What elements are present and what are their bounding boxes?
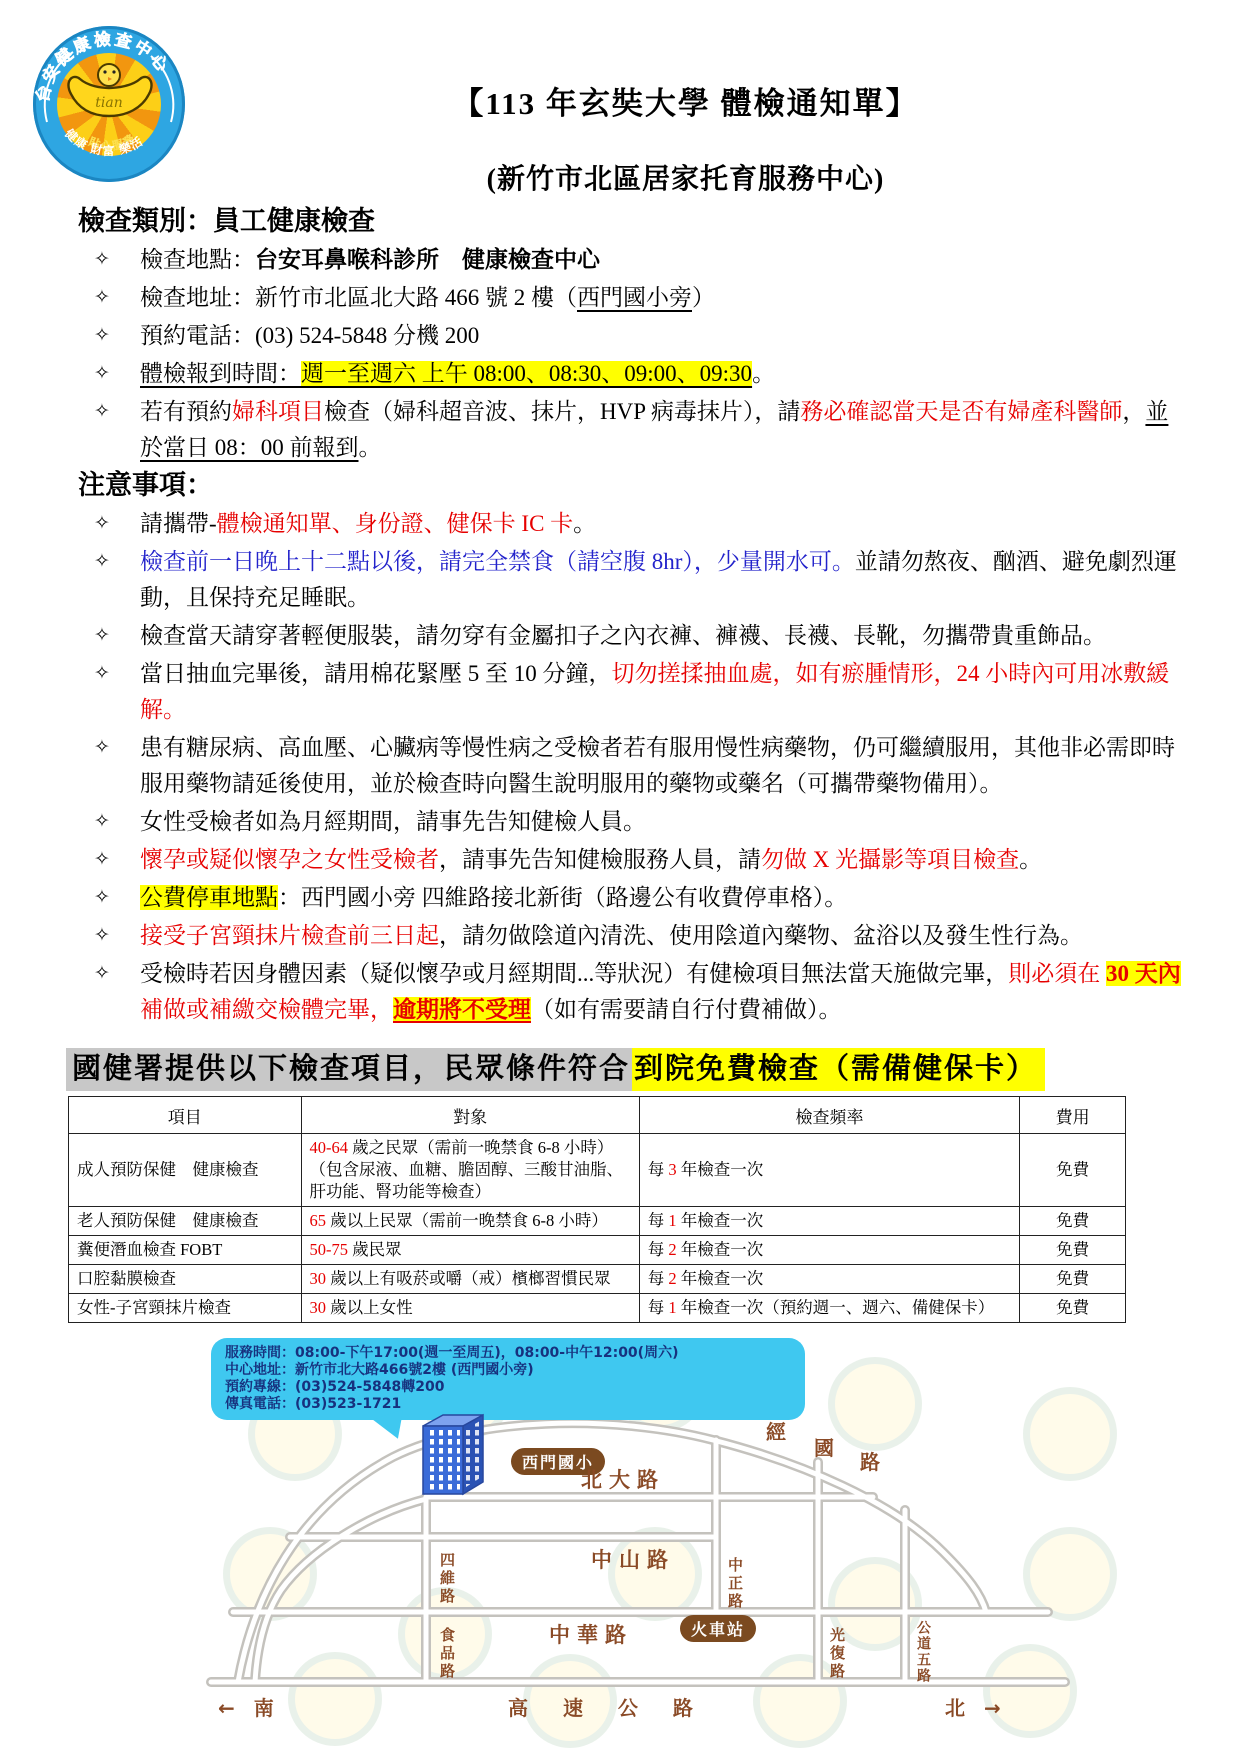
bullet-text: 體檢報到時間：週一至週六 上午 08:00、08:30、09:00、09:30。: [140, 356, 1184, 392]
bullet-text: 檢查前一日晚上十二點以後，請完全禁食（請空腹 8hr），少量開水可。並請勿熬夜、…: [140, 544, 1184, 616]
cell-target: 50-75 歲民眾: [301, 1236, 639, 1265]
col-header-target: 對象: [301, 1097, 639, 1134]
col-header-item: 項目: [69, 1097, 302, 1134]
cell-target: 30 歲以上有吸菸或嚼（戒）檳榔習慣民眾: [301, 1265, 639, 1294]
road-label-beida: 北大路: [581, 1464, 665, 1494]
diamond-bullet-icon: ✧: [68, 804, 140, 840]
diamond-bullet-icon: ✧: [68, 318, 140, 354]
diamond-bullet-icon: ✧: [68, 242, 140, 278]
bullet-item: ✧檢查地點：台安耳鼻喉科診所 健康檢查中心: [68, 242, 1184, 278]
cell-item: 女性-子宮頸抹片檢查: [69, 1294, 302, 1323]
cell-target: 40-64 歲之民眾（需前一晚禁食 6-8 小時）（包含尿液、血糖、膽固醇、三酸…: [301, 1134, 639, 1207]
free-checkup-banner: 國健署提供以下檢查項目，民眾條件符合到院免費檢查（需備健保卡）: [66, 1046, 1045, 1087]
bullet-item: ✧體檢報到時間：週一至週六 上午 08:00、08:30、09:00、09:30…: [68, 356, 1184, 392]
cell-fee: 免費: [1020, 1236, 1126, 1265]
table-row: 成人預防保健 健康檢查40-64 歲之民眾（需前一晚禁食 6-8 小時）（包含尿…: [69, 1134, 1126, 1207]
road-label-zhonghua: 中華路: [549, 1619, 633, 1649]
exam-info-list: ✧檢查地點：台安耳鼻喉科診所 健康檢查中心✧檢查地址：新竹市北區北大路 466 …: [68, 242, 1184, 466]
col-header-fee: 費用: [1020, 1097, 1126, 1134]
bullet-item: ✧接受子宮頸抹片檢查前三日起，請勿做陰道內清洗、使用陰道內藥物、盆浴以及發生性行…: [68, 918, 1184, 954]
road-label-shipin: 食品路: [437, 1627, 458, 1681]
diamond-bullet-icon: ✧: [68, 356, 140, 392]
bullet-text: 當日抽血完畢後，請用棉花緊壓 5 至 10 分鐘，切勿搓揉抽血處，如有瘀腫情形，…: [140, 656, 1184, 728]
diamond-bullet-icon: ✧: [68, 544, 140, 616]
bullet-item: ✧檢查前一日晚上十二點以後，請完全禁食（請空腹 8hr），少量開水可。並請勿熬夜…: [68, 544, 1184, 616]
road-label-guangfu: 光復路: [827, 1627, 848, 1681]
location-map: 服務時間：08:00-下午17:00(週一至周五)，08:00-中午12:00(…: [193, 1332, 1093, 1732]
center-address: 中心地址：新竹市北大路466號2樓 (西門國小旁): [225, 1362, 793, 1379]
cell-fee: 免費: [1020, 1294, 1126, 1323]
cell-item: 口腔黏膜檢查: [69, 1265, 302, 1294]
diamond-bullet-icon: ✧: [68, 280, 140, 316]
road-label-highway: 高 速 公 路: [508, 1692, 707, 1721]
cell-frequency: 每 2 年檢查一次: [639, 1265, 1020, 1294]
bullet-text: 檢查地點：台安耳鼻喉科診所 健康檢查中心: [140, 242, 1184, 278]
cell-frequency: 每 2 年檢查一次: [639, 1236, 1020, 1265]
bullet-item: ✧懷孕或疑似懷孕之女性受檢者，請事先告知健檢服務人員，請勿做 X 光攝影等項目檢…: [68, 842, 1184, 878]
road-label-zhongzheng: 中正路: [725, 1557, 746, 1611]
compass-north: 北 →: [945, 1692, 1007, 1721]
bullet-text: 受檢時若因身體因素（疑似懷孕或月經期間...等狀況）有健檢項目無法當天施做完畢，…: [140, 956, 1184, 1028]
bullet-text: 若有預約婦科項目檢查（婦科超音波、抹片，HVP 病毒抹片），請務必確認當天是否有…: [140, 394, 1184, 466]
service-hours: 服務時間：08:00-下午17:00(週一至周五)，08:00-中午12:00(…: [225, 1345, 793, 1362]
diamond-bullet-icon: ✧: [68, 730, 140, 802]
cell-frequency: 每 1 年檢查一次（預約週一、週六、備健保卡）: [639, 1294, 1020, 1323]
bullet-text: 接受子宮頸抹片檢查前三日起，請勿做陰道內清洗、使用陰道內藥物、盆浴以及發生性行為…: [140, 918, 1184, 954]
page-title: 【113 年玄奘大學 體檢通知單】: [130, 78, 1241, 123]
diamond-bullet-icon: ✧: [68, 618, 140, 654]
road-label-jingguo-char1: 經: [766, 1416, 786, 1445]
diamond-bullet-icon: ✧: [68, 656, 140, 728]
screening-table: 項目 對象 檢查頻率 費用 成人預防保健 健康檢查40-64 歲之民眾（需前一晚…: [68, 1096, 1126, 1323]
cell-frequency: 每 1 年檢查一次: [639, 1207, 1020, 1236]
diamond-bullet-icon: ✧: [68, 956, 140, 1028]
road-label-siwei: 四維路: [437, 1552, 458, 1606]
table-row: 老人預防保健 健康檢查65 歲以上民眾（需前一晚禁食 6-8 小時）每 1 年檢…: [69, 1207, 1126, 1236]
bullet-text: 公費停車地點：西門國小旁 四維路接北新街（路邊公有收費停車格）。: [140, 880, 1184, 916]
service-info-box: 服務時間：08:00-下午17:00(週一至周五)，08:00-中午12:00(…: [211, 1338, 805, 1420]
diamond-bullet-icon: ✧: [68, 880, 140, 916]
diamond-bullet-icon: ✧: [68, 394, 140, 466]
cell-target: 30 歲以上女性: [301, 1294, 639, 1323]
bullet-text: 請攜帶-體檢通知單、身份證、健保卡 IC 卡。: [140, 506, 1184, 542]
page-subtitle: (新竹市北區居家托育服務中心): [130, 157, 1241, 197]
col-header-frequency: 檢查頻率: [639, 1097, 1020, 1134]
banner-yellow-part: 到院免費檢查（需備健保卡）: [632, 1048, 1045, 1091]
bullet-item: ✧若有預約婦科項目檢查（婦科超音波、抹片，HVP 病毒抹片），請務必確認當天是否…: [68, 394, 1184, 466]
table-header-row: 項目 對象 檢查頻率 費用: [69, 1097, 1126, 1134]
bullet-item: ✧當日抽血完畢後，請用棉花緊壓 5 至 10 分鐘，切勿搓揉抽血處，如有瘀腫情形…: [68, 656, 1184, 728]
table-row: 糞便潛血檢查 FOBT50-75 歲民眾每 2 年檢查一次免費: [69, 1236, 1126, 1265]
bullet-text: 懷孕或疑似懷孕之女性受檢者，請事先告知健檢服務人員，請勿做 X 光攝影等項目檢查…: [140, 842, 1184, 878]
bullet-text: 檢查地址：新竹市北區北大路 466 號 2 樓（西門國小旁）: [140, 280, 1184, 316]
section-heading-exam-type: 檢查類別：員工健康檢查: [78, 204, 1184, 238]
title-block: 【113 年玄奘大學 體檢通知單】 (新竹市北區居家托育服務中心): [130, 78, 1241, 197]
bullet-item: ✧檢查地址：新竹市北區北大路 466 號 2 樓（西門國小旁）: [68, 280, 1184, 316]
bullet-text: 患有糖尿病、高血壓、心臟病等慢性病之受檢者若有服用慢性病藥物，仍可繼續服用，其他…: [140, 730, 1184, 802]
table-row: 口腔黏膜檢查30 歲以上有吸菸或嚼（戒）檳榔習慣民眾每 2 年檢查一次免費: [69, 1265, 1126, 1294]
train-station-badge: 火車站: [680, 1615, 756, 1642]
building-icon: [421, 1412, 491, 1496]
notice-body: 檢查類別：員工健康檢查 ✧檢查地點：台安耳鼻喉科診所 健康檢查中心✧檢查地址：新…: [68, 202, 1184, 1048]
compass-south: ← 南: [218, 1692, 280, 1721]
bullet-item: ✧公費停車地點：西門國小旁 四維路接北新街（路邊公有收費停車格）。: [68, 880, 1184, 916]
cell-fee: 免費: [1020, 1134, 1126, 1207]
notes-list: ✧請攜帶-體檢通知單、身份證、健保卡 IC 卡。✧檢查前一日晚上十二點以後，請完…: [68, 506, 1184, 1028]
bullet-item: ✧檢查當天請穿著輕便服裝，請勿穿有金屬扣子之內衣褲、褲襪、長襪、長靴，勿攜帶貴重…: [68, 618, 1184, 654]
logo-ingot-text: tian: [95, 95, 122, 111]
cell-fee: 免費: [1020, 1265, 1126, 1294]
bullet-item: ✧患有糖尿病、高血壓、心臟病等慢性病之受檢者若有服用慢性病藥物，仍可繼續服用，其…: [68, 730, 1184, 802]
cell-item: 老人預防保健 健康檢查: [69, 1207, 302, 1236]
bullet-item: ✧受檢時若因身體因素（疑似懷孕或月經期間...等狀況）有健檢項目無法當天施做完畢…: [68, 956, 1184, 1028]
section-heading-notes: 注意事項：: [78, 468, 1184, 502]
diamond-bullet-icon: ✧: [68, 506, 140, 542]
cell-target: 65 歲以上民眾（需前一晚禁食 6-8 小時）: [301, 1207, 639, 1236]
cell-item: 成人預防保健 健康檢查: [69, 1134, 302, 1207]
fax-number: 傳真電話：(03)523-1721: [225, 1396, 793, 1413]
diamond-bullet-icon: ✧: [68, 918, 140, 954]
cell-fee: 免費: [1020, 1207, 1126, 1236]
booking-line: 預約專線：(03)524-5848轉200: [225, 1379, 793, 1396]
road-label-jingguo-char3: 路: [860, 1446, 880, 1475]
cell-item: 糞便潛血檢查 FOBT: [69, 1236, 302, 1265]
bullet-item: ✧女性受檢者如為月經期間，請事先告知健檢人員。: [68, 804, 1184, 840]
bullet-item: ✧預約電話：(03) 524-5848 分機 200: [68, 318, 1184, 354]
document-page: tian 台安健康檢查中心 貼心服務 健康 財富 樂活 【113 年玄奘大學 體…: [0, 0, 1241, 1755]
bullet-text: 預約電話：(03) 524-5848 分機 200: [140, 318, 1184, 354]
bullet-text: 檢查當天請穿著輕便服裝，請勿穿有金屬扣子之內衣褲、褲襪、長襪、長靴，勿攜帶貴重飾…: [140, 618, 1184, 654]
bullet-item: ✧請攜帶-體檢通知單、身份證、健保卡 IC 卡。: [68, 506, 1184, 542]
banner-gray-part: 國健署提供以下檢查項目，民眾條件符合: [66, 1048, 632, 1091]
table-row: 女性-子宮頸抹片檢查30 歲以上女性每 1 年檢查一次（預約週一、週六、備健保卡…: [69, 1294, 1126, 1323]
cell-frequency: 每 3 年檢查一次: [639, 1134, 1020, 1207]
road-label-jingguo-char2: 國: [814, 1432, 834, 1461]
bullet-text: 女性受檢者如為月經期間，請事先告知健檢人員。: [140, 804, 1184, 840]
road-label-gongdao: 公道五路: [913, 1620, 933, 1684]
diamond-bullet-icon: ✧: [68, 842, 140, 878]
road-label-zhongshan: 中山路: [591, 1544, 675, 1574]
